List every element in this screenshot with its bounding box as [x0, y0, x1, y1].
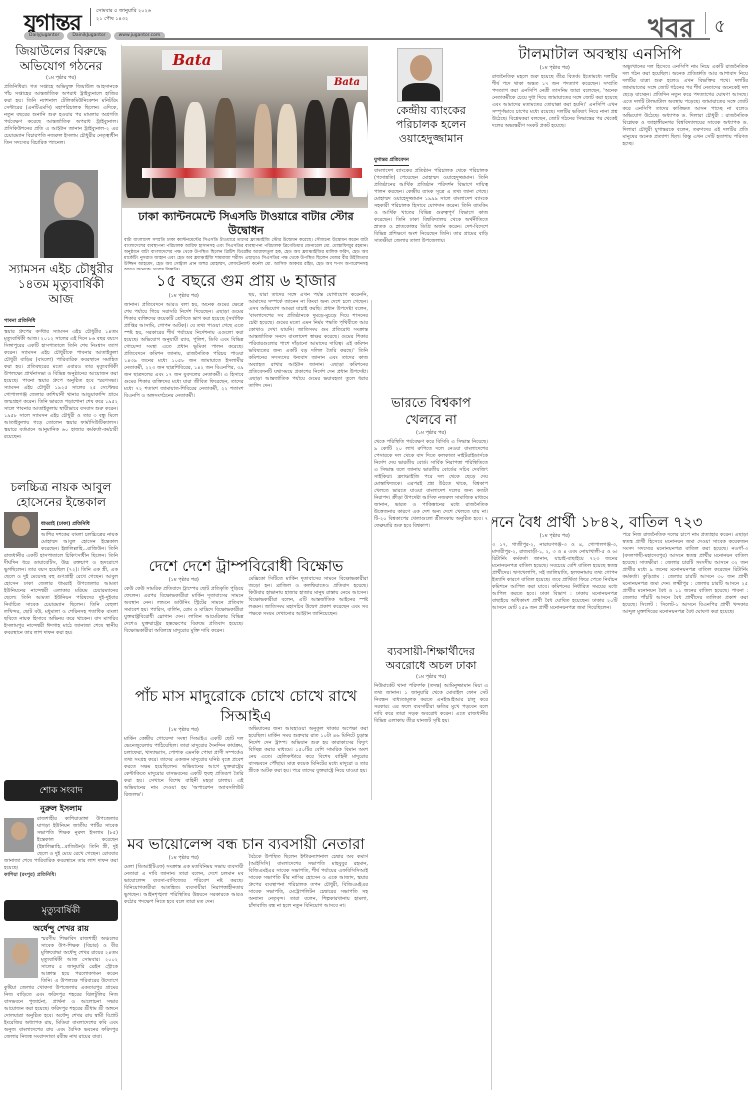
- article-samson: স্যামসন এইচ চৌধুরীর ১৪তম মৃত্যুবার্ষিকী …: [4, 262, 118, 477]
- anniversary-name: অর্ধেন্দু শেখর রায়: [4, 923, 118, 936]
- page-number: ৫: [714, 12, 726, 43]
- headline: পাঁচ মাস মাদুরোকে চোখে চোখে রাখে সিআইএ: [124, 686, 368, 726]
- photo-caption-block: ঢাকা ক্যান্টনমেন্টে সিএসডি টাওয়ারে বাটা…: [124, 210, 368, 270]
- obituary-name: নুরুল ইসলাম: [4, 803, 118, 816]
- photo-caption: ঢাকা ক্যান্টনমেন্টে সিএসডি টাওয়ারে বাটা…: [124, 210, 368, 238]
- portrait-photo: [4, 938, 38, 978]
- box-title: মৃত্যুবার্ষিকী: [4, 900, 118, 921]
- credit: কাশিয়া (রংপুর) প্রতিনিধি।: [4, 872, 118, 879]
- kicker: (১ম পৃষ্ঠার পর): [124, 293, 244, 301]
- headline: দেশে দেশে ট্রাম্পবিরোধী বিক্ষোভ: [124, 556, 368, 576]
- portrait-photo: [4, 818, 34, 852]
- article-body: পরে নিজ রাজনৈতিক দলের চাপে নাম প্রত্যাহা…: [623, 532, 749, 616]
- headline: চলচ্চিত্র নায়ক আবুল হোসেনের ইন্তেকাল: [4, 480, 118, 510]
- kicker: (১ম পৃষ্ঠার পর): [124, 577, 244, 585]
- bata-event-photo: Bata Bata: [122, 46, 368, 208]
- kicker: (১ম পৃষ্ঠার পর): [374, 430, 488, 438]
- article-abul: চলচ্চিত্র নায়ক আবুল হোসেনের ইন্তেকাল ধা…: [4, 480, 118, 672]
- caption-body: বাটা বাংলাদেশ সম্প্রতি ঢাকা ক্যান্টনমেন্…: [124, 238, 368, 270]
- twitter-link[interactable]: DailyJugantor: [24, 32, 64, 40]
- article-body: প্রতিনিধিরা। গত সপ্তাহে অভিযুক্ত জিয়াউল…: [4, 84, 118, 147]
- bata-sign: Bata: [327, 76, 367, 90]
- article-body: ৩ ১৭, গাজীপুর-২, নারায়ণগঞ্জ-৩ ও ৪, গোপা…: [492, 542, 618, 612]
- article-bank: কেন্দ্রীয় ব্যাংকের পরিচালক হলেন ওয়াহেদ…: [374, 104, 488, 394]
- article-body: স্কয়ার গ্রুপের কর্ণধার স্যামসন এইচ চৌধু…: [4, 329, 118, 441]
- headline: ভারতে বিশ্বকাপ খেলবে না: [374, 395, 488, 429]
- headline: ১৫ বছরে গুম প্রায় ৬ হাজার: [124, 270, 368, 292]
- article-body: অভ্যুত্থানের দল হিসেবে এনসিপি নাম নিয়ে …: [623, 64, 749, 148]
- headline: জিয়াউলের বিরুদ্ধে অভিযোগ গঠনের: [4, 44, 118, 74]
- headline: কেন্দ্রীয় ব্যাংকের পরিচালক হলেন ওয়াহেদ…: [374, 104, 488, 146]
- article-body: বৈঠকে উপস্থিত ছিলেন ইন্টারন্যাশনাল চেম্ব…: [249, 854, 369, 910]
- article-body: বাংলাদেশ ব্যাংকের প্রতিষ্ঠান পরিচালক থেক…: [374, 168, 488, 245]
- kicker: (১ম পৃষ্ঠার পর): [4, 75, 118, 83]
- article-body: মেলা (ডিআইটিএফ) সংক্রান্ত এক মতবিনিময় স…: [124, 864, 244, 906]
- date-bangla: ২১ পৌষ ১৪৩২: [96, 15, 151, 23]
- headline: ৩০০ আসনে বৈধ প্রার্থী ১৮৪২, বাতিল ৭২৩: [492, 512, 748, 532]
- bata-sign: Bata: [162, 50, 222, 70]
- kicker: (১ম পৃষ্ঠার পর): [124, 727, 244, 735]
- article-body: অভিযানের জন্য আবহাওয়া অনুকূল থাকার অপেক…: [249, 726, 369, 775]
- article-body: মার্কিন কেন্দ্রীয় গোয়েন্দা সংস্থা সিআই…: [124, 736, 244, 799]
- portrait-photo: [4, 512, 38, 548]
- column-divider: [371, 300, 372, 800]
- header-rule: [150, 38, 710, 40]
- article-trump: দেশে দেশে ট্রাম্পবিরোধী বিক্ষোভ (১ম পৃষ্…: [124, 556, 368, 656]
- byline: যুগান্তর প্রতিবেদন: [374, 157, 409, 166]
- article-maduro: পাঁচ মাস মাদুরোকে চোখে চোখে রাখে সিআইএ (…: [124, 686, 368, 836]
- facebook-link[interactable]: DainikJugantor: [67, 32, 110, 40]
- article-body: জানান। প্রতিবেদনে আরও বলা হয়, অনেক গুমে…: [124, 302, 244, 400]
- kicker: (১ম পৃষ্ঠার পর): [374, 674, 488, 682]
- kicker: (১ম পৃষ্ঠার পর): [492, 65, 618, 73]
- article-body: মেক্সিকো সিটিতে মার্কিন দূতাবাসের সামনে …: [249, 576, 369, 618]
- kicker: (১ম পৃষ্ঠার পর): [492, 533, 618, 541]
- article-seats: ৩০০ আসনে বৈধ প্রার্থী ১৮৪২, বাতিল ৭২৩ (১…: [492, 512, 748, 1090]
- article-body: কেউ কেউ সামরিক প্রতিবাদে ট্রাম্পের ছোট প…: [124, 586, 244, 635]
- byline: ধামরাই (ঢাকা) প্রতিনিধি: [41, 521, 90, 530]
- article-mob: মব ভায়োলেন্স বন্ধ চান ব্যবসায়ী নেতারা …: [124, 834, 368, 1090]
- article-worldcup: ভারতে বিশ্বকাপ খেলবে না (১ম পৃষ্ঠার পর) …: [374, 395, 488, 643]
- headline: টালমাটাল অবস্থায় এনসিপি: [492, 44, 748, 64]
- divider: [90, 8, 91, 26]
- article-body: রাজনৈতিক মহলে শুরু হয়েছে তীব্র বিতর্ক। …: [492, 74, 618, 130]
- portrait-photo: [397, 48, 443, 102]
- article-gum: ১৫ বছরে গুম প্রায় ৬ হাজার (১ম পৃষ্ঠার প…: [124, 270, 368, 462]
- article-body: ছয়, যারা তাদের সঙ্গে এখন পর্যন্ত যোগাযো…: [249, 292, 369, 390]
- divider: [705, 12, 706, 34]
- obituary-box: শোক সংবাদ নুরুল ইসলাম রাজশাহীর কাশিয়াডা…: [4, 780, 118, 905]
- article-body: থেকে পরিস্থিতি পর্যবেক্ষণ করে বিসিবি এ স…: [374, 439, 488, 530]
- headline: মব ভায়োলেন্স বন্ধ চান ব্যবসায়ী নেতারা: [124, 834, 368, 854]
- headline: ব্যবসায়ী-শিক্ষার্থীদের অবরোধে অচল ঢাকা: [374, 645, 488, 673]
- death-anniversary-box: মৃত্যুবার্ষিকী অর্ধেন্দু শেখর রায় স্মরণ…: [4, 900, 118, 1090]
- ribbon: [142, 168, 362, 178]
- date-block: সোমবার ৫ জানুয়ারি ২০২৬ ২১ পৌষ ১৪৩২: [96, 7, 151, 23]
- kicker: (১ম পৃষ্ঠার পর): [124, 855, 244, 863]
- article-blockade: ব্যবসায়ী-শিক্ষার্থীদের অবরোধে অচল ঢাকা …: [374, 645, 488, 1090]
- article-zia: জিয়াউলের বিরুদ্ধে অভিযোগ গঠনের (১ম পৃষ্…: [4, 44, 118, 166]
- portrait-photo: [40, 170, 98, 258]
- date-gregorian: সোমবার ৫ জানুয়ারি ২০২৬: [96, 7, 151, 15]
- masthead: যুগান্তর সোমবার ৫ জানুয়ারি ২০২৬ ২১ পৌষ …: [0, 0, 751, 40]
- article-ncp: টালমাটাল অবস্থায় এনসিপি (১ম পৃষ্ঠার পর)…: [492, 44, 748, 499]
- article-body: নিউমার্কেট থানা পরিদর্শক (তদন্ত) আমিনুজ্…: [374, 683, 488, 725]
- social-links: DailyJugantor DainikJugantor www.juganto…: [24, 32, 165, 40]
- byline: পাবনা প্রতিনিধি: [4, 318, 35, 327]
- headline: স্যামসন এইচ চৌধুরীর ১৪তম মৃত্যুবার্ষিকী …: [4, 262, 118, 307]
- box-title: শোক সংবাদ: [4, 780, 118, 801]
